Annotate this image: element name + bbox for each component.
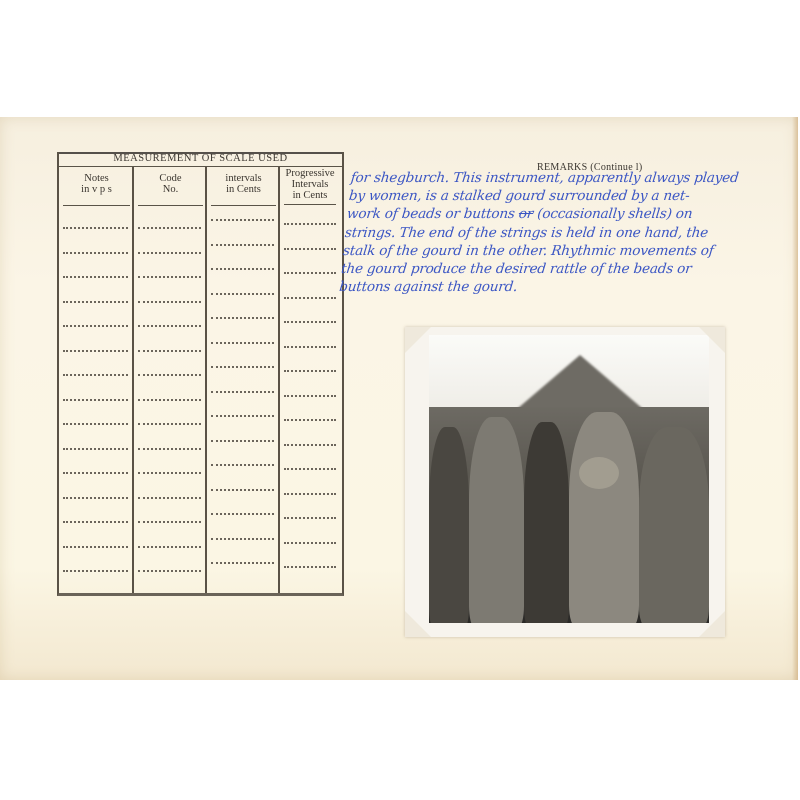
dotted-entry-line [284,272,336,274]
column-code: Code No. [134,167,207,593]
figure [524,422,569,623]
dotted-entry-line [63,546,128,548]
dotted-entry-line [211,440,274,442]
dotted-entry-line [63,252,128,254]
dotted-entry-line [211,513,274,515]
dotted-entry-line [63,350,128,352]
dotted-entry-line [211,464,274,466]
header-line: intervals [207,173,280,184]
scale-measurement-table: MEASUREMENT OF SCALE USED Notes in v p s… [57,152,344,596]
column-header-progressive: Progressive Intervals in Cents [280,168,340,201]
dotted-entry-line [284,297,336,299]
header-rule [284,204,336,205]
header-line: in Cents [280,190,340,201]
dotted-entry-line [63,423,128,425]
dotted-entry-line [211,366,274,368]
dotted-entry-line [138,374,201,376]
remarks-line: by women, is a stalked gourd surrounded … [348,187,800,205]
dotted-entry-line [211,244,274,246]
dotted-entry-line [211,317,274,319]
dotted-entry-line [138,546,201,548]
dotted-entry-line [284,468,336,470]
photo-corner [699,327,725,353]
dotted-entry-line [284,419,336,421]
dotted-entry-line [138,570,201,572]
dotted-entry-line [211,562,274,564]
dotted-entry-line [138,350,201,352]
dotted-entry-line [63,227,128,229]
handwritten-remarks: for shegburch. This instrument, apparent… [338,169,800,296]
dotted-entry-line [63,399,128,401]
figure [569,412,639,623]
dotted-entry-line [63,521,128,523]
dotted-entry-line [284,321,336,323]
header-line: Notes [59,173,134,184]
header-rule [63,205,130,206]
struck-word: or [518,206,534,222]
photo-corner [405,327,431,353]
dotted-entry-line [138,301,201,303]
gourd-rattle [579,457,619,489]
column-progressive: Progressive Intervals in Cents [280,167,340,593]
dotted-entry-line [211,391,274,393]
figure [639,427,709,623]
header-line: Progressive [280,168,340,179]
dotted-entry-line [211,268,274,270]
dotted-entry-line [63,301,128,303]
remarks-line: stalk of the gourd in the other. Rhythmi… [342,242,796,260]
remarks-line: the gourd produce the desired rattle of … [340,260,794,278]
dotted-entry-line [211,538,274,540]
dotted-entry-line [284,248,336,250]
dotted-entry-line [63,374,128,376]
header-rule [138,205,203,206]
column-intervals: intervals in Cents [207,167,280,593]
dotted-entry-line [138,472,201,474]
header-line: Intervals [280,179,340,190]
photo-corner [405,611,431,637]
column-header-notes: Notes in v p s [59,173,134,195]
thatched-roof [510,355,650,415]
dotted-entry-line [63,472,128,474]
dotted-entry-line [284,370,336,372]
dotted-entry-line [138,448,201,450]
header-line: in v p s [59,184,134,195]
dotted-entry-line [63,570,128,572]
dotted-entry-line [63,497,128,499]
remarks-line: work of beads or buttons or (occasionall… [346,205,800,223]
remarks-line: buttons against the gourd. [338,278,792,296]
dotted-entry-line [211,489,274,491]
dotted-entry-line [138,227,201,229]
remarks-line: strings. The end of the strings is held … [344,224,798,242]
dotted-entry-line [63,448,128,450]
dotted-entry-line [138,399,201,401]
dotted-entry-line [63,276,128,278]
header-line: No. [134,184,207,195]
dotted-entry-line [284,346,336,348]
dotted-entry-line [284,493,336,495]
document-card: MEASUREMENT OF SCALE USED Notes in v p s… [0,117,798,680]
dotted-entry-line [284,517,336,519]
figure [469,417,524,623]
header-rule [211,205,276,206]
photo-corner [699,611,725,637]
header-line: Code [134,173,207,184]
remarks-text: (occasionally shells) on [536,206,693,222]
column-notes: Notes in v p s [59,167,134,593]
remarks-text: work of beads or buttons [346,206,515,222]
dotted-entry-line [211,219,274,221]
dotted-entry-line [138,325,201,327]
dotted-entry-line [284,542,336,544]
dotted-entry-line [284,395,336,397]
dotted-entry-line [138,521,201,523]
header-line: in Cents [207,184,280,195]
mounted-photograph [405,327,725,637]
dotted-entry-line [138,276,201,278]
column-header-code: Code No. [134,173,207,195]
dotted-entry-line [284,566,336,568]
dotted-entry-line [211,415,274,417]
photo-image [429,407,709,623]
remarks-line: for shegburch. This instrument, apparent… [350,169,800,187]
column-header-intervals: intervals in Cents [207,173,280,195]
dotted-entry-line [284,223,336,225]
dotted-entry-line [138,252,201,254]
dotted-entry-line [138,423,201,425]
dotted-entry-line [211,342,274,344]
dotted-entry-line [211,293,274,295]
dotted-entry-line [284,444,336,446]
dotted-entry-line [63,325,128,327]
table-title: MEASUREMENT OF SCALE USED [59,153,342,164]
figure [429,427,469,623]
dotted-entry-line [138,497,201,499]
